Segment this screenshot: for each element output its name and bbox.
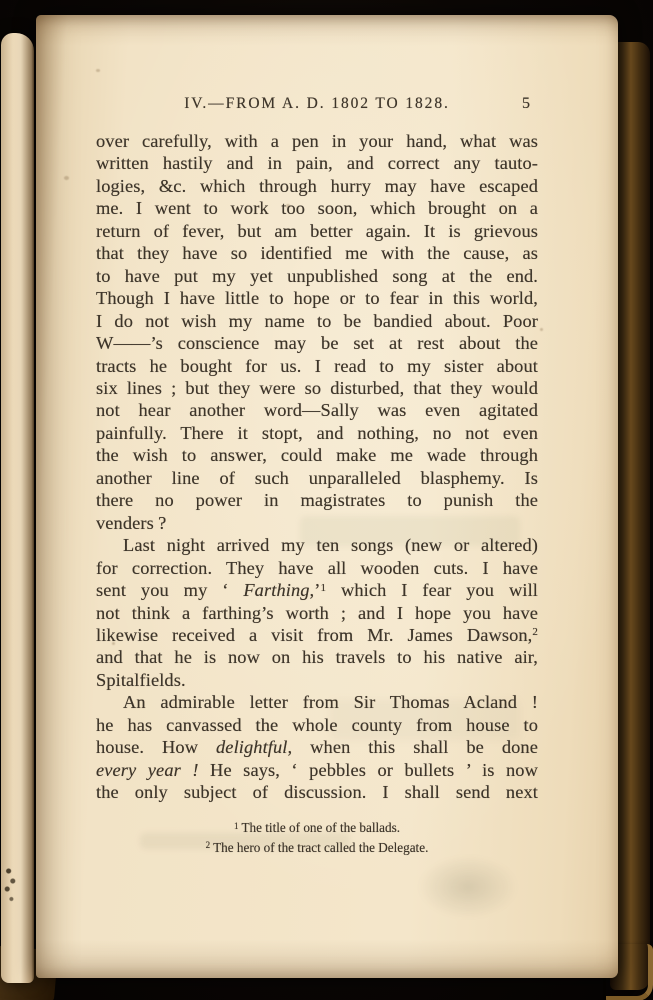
footnote-line: 2The hero of the tract called the Delega… [96,838,538,858]
body-line: not hear another word—Sally was even agi… [96,399,538,421]
text-segment: not think a farthing’s worth ; and I hop… [96,603,538,623]
body-line: venders ? [96,512,538,534]
text-segment: six lines ; but they were so disturbed, … [96,378,538,398]
body-line: there no power in magistrates to punish … [96,489,538,511]
body-line: for correction. They have all wooden cut… [96,557,538,579]
text-segment: W——’s conscience may be set at rest abou… [96,333,538,353]
body-line: W——’s conscience may be set at rest abou… [96,332,538,354]
text-segment: the only subject of discussion. I shall … [96,782,538,802]
body-line: logies, &c. which through hurry may have… [96,175,538,197]
text-segment: logies, &c. which through hurry may have… [96,176,538,196]
body-line: over carefully, with a pen in your hand,… [96,130,538,152]
body-line: I do not wish my name to be bandied abou… [96,310,538,332]
text-segment: Though I have little to hope or to fear … [96,288,538,308]
footnote-marker: 2 [206,840,211,850]
body-line: me. I went to work too soon, which broug… [96,197,538,219]
body-line: the only subject of discussion. I shall … [96,781,538,803]
body-line: and that he is now on his travels to his… [96,646,538,668]
body-line: not think a farthing’s worth ; and I hop… [96,602,538,624]
page-header: IV.—FROM A. D. 1802 TO 1828. 5 [96,95,538,117]
text-segment: painfully. There it stopt, and nothing, … [96,423,538,443]
text-segment: He says, ‘ pebbles or bullets ’ is now [199,760,538,780]
text-segment: Farthing, [243,580,314,600]
body-line: likewise received a visit from Mr. James… [96,624,538,646]
text-segment: return of fever, but am better again. It… [96,221,538,241]
body-line: tracts he bought for us. I read to my si… [96,355,538,377]
footnote-marker: 1 [234,821,239,831]
footnote-text: The title of one of the ballads. [241,820,400,835]
text-segment: the wish to answer, could make me wade t… [96,445,538,465]
book-photo: IV.—FROM A. D. 1802 TO 1828. 5 over care… [0,0,653,1000]
text-segment: which I fear you will [326,580,538,600]
body-line: the wish to answer, could make me wade t… [96,444,538,466]
body-text: over carefully, with a pen in your hand,… [96,130,538,804]
text-segment: tracts he bought for us. I read to my si… [96,356,538,376]
text-segment: there no power in magistrates to punish … [96,490,538,510]
body-line: written hastily and in pain, and correct… [96,152,538,174]
footnote-reference: 1 [320,582,326,594]
foxing-speck [96,69,100,72]
body-line: Spitalfields. [96,669,538,691]
text-segment: delightful, [216,737,292,757]
text-segment: house. How [96,737,216,757]
body-line: six lines ; but they were so disturbed, … [96,377,538,399]
underlying-page-edge [1,33,34,983]
body-line: painfully. There it stopt, and nothing, … [96,422,538,444]
body-line: Last night arrived my ten songs (new or … [96,534,538,556]
text-segment: Last night arrived my ten songs (new or … [123,535,538,555]
body-line: every year ! He says, ‘ pebbles or bulle… [96,759,538,781]
body-line: sent you my ‘ Farthing,’1 which I fear y… [96,579,538,601]
page-number: 5 [522,95,530,113]
text-segment: and that he is now on his travels to his… [96,647,538,667]
foxing-speck [540,328,543,331]
text-segment: likewise received a visit from Mr. James… [96,625,532,645]
footnote-line: 1The title of one of the ballads. [96,818,538,838]
footnote-reference: 2 [532,626,538,638]
text-segment: that they have so identified me with the… [96,243,538,263]
text-segment: Spitalfields. [96,670,186,690]
text-segment: when this shall be done [292,737,538,757]
running-header: IV.—FROM A. D. 1802 TO 1828. [184,95,450,112]
text-segment: written hastily and in pain, and correct… [96,153,538,173]
body-line: that they have so identified me with the… [96,242,538,264]
text-segment: another line of such unparalleled blasph… [96,468,538,488]
body-line: return of fever, but am better again. It… [96,220,538,242]
text-segment: for correction. They have all wooden cut… [96,558,538,578]
text-segment: me. I went to work too soon, which broug… [96,198,538,218]
text-segment: over carefully, with a pen in your hand,… [96,131,538,151]
text-segment: he has canvassed the whole county from h… [96,715,538,735]
text-segment: sent you my ‘ [96,580,243,600]
text-segment: An admirable letter from Sir Thomas Acla… [123,692,538,712]
text-segment: venders ? [96,513,166,533]
footnote-text: The hero of the tract called the Delegat… [213,840,428,855]
text-segment: not hear another word—Sally was even agi… [96,400,538,420]
body-line: house. How delightful, when this shall b… [96,736,538,758]
text-segment: to have put my yet unpublished song at t… [96,266,538,286]
body-line: another line of such unparalleled blasph… [96,467,538,489]
body-line: Though I have little to hope or to fear … [96,287,538,309]
text-segment: every year ! [96,760,199,780]
body-line: An admirable letter from Sir Thomas Acla… [96,691,538,713]
body-line: to have put my yet unpublished song at t… [96,265,538,287]
foxing-speck [64,176,69,180]
body-line: he has canvassed the whole county from h… [96,714,538,736]
text-segment: I do not wish my name to be bandied abou… [96,311,538,331]
footnotes: 1The title of one of the ballads.2The he… [96,818,538,857]
ink-speckles [3,865,17,905]
